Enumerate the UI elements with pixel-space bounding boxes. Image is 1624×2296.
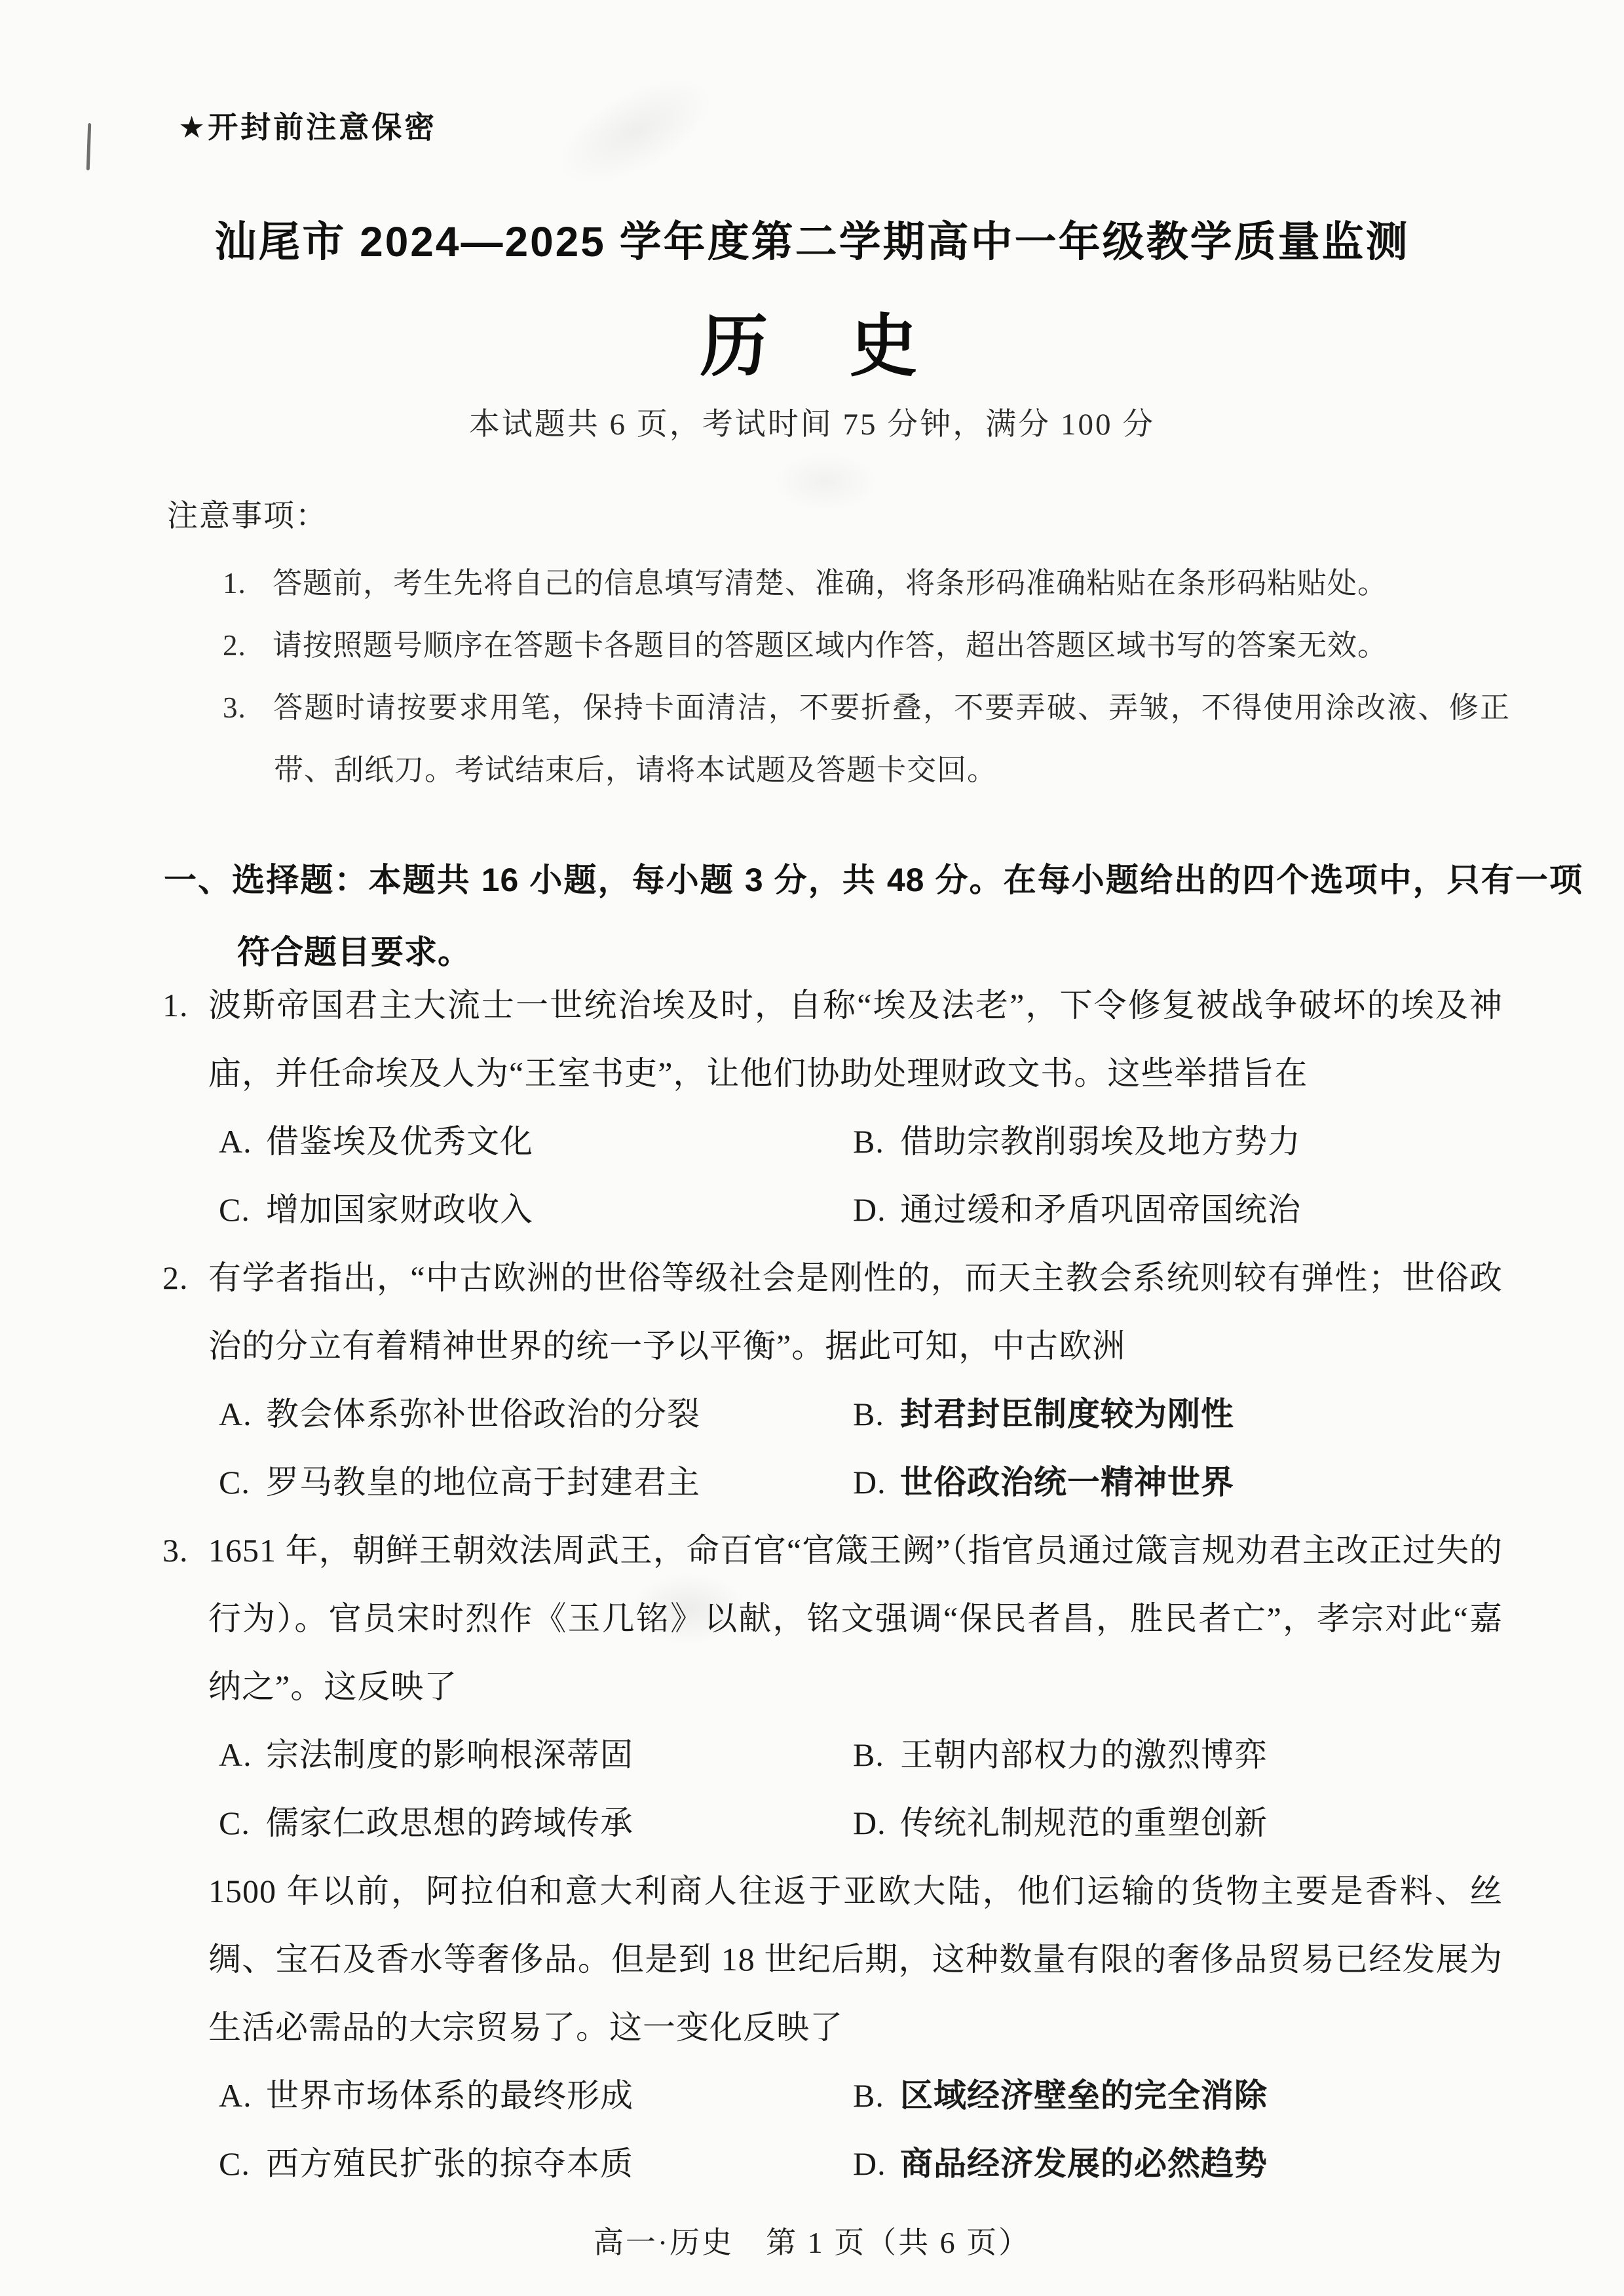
- option-letter: B.: [853, 1107, 900, 1176]
- option-text: 通过缓和矛盾巩固帝国统治: [900, 1176, 1301, 1244]
- option-b: B.区域经济壁垒的完全消除: [853, 2061, 1503, 2130]
- option-text: 借鉴埃及优秀文化: [266, 1107, 533, 1176]
- option-a: A.宗法制度的影响根深蒂固: [219, 1721, 853, 1789]
- option-letter: D.: [853, 1789, 900, 1857]
- note-item: 2.请按照题号顺序在答题卡各题目的答题区域内作答，超出答题区域书写的答案无效。: [223, 615, 1510, 677]
- option-d: D.世俗政治统一精神世界: [853, 1448, 1503, 1516]
- options-row: A.世界市场体系的最终形成 B.区域经济壁垒的完全消除: [162, 2061, 1503, 2130]
- question-stem: 3.1651 年，朝鲜王朝效法周武王，命百官“官箴王阙”（指官员通过箴言规劝君主…: [162, 1516, 1503, 1721]
- option-text: 儒家仁政思想的跨域传承: [266, 1789, 633, 1857]
- option-letter: B.: [853, 2061, 900, 2130]
- option-text: 罗马教皇的地位高于封建君主: [266, 1448, 700, 1516]
- options-row: C.增加国家财政收入 D.通过缓和矛盾巩固帝国统治: [162, 1176, 1503, 1244]
- options-row: C.儒家仁政思想的跨域传承 D.传统礼制规范的重塑创新: [162, 1789, 1503, 1857]
- option-text: 西方殖民扩张的掠夺本质: [266, 2130, 633, 2198]
- option-text: 封君封臣制度较为刚性: [900, 1380, 1234, 1448]
- subject-title: 历 史: [0, 291, 1624, 389]
- option-text: 王朝内部权力的激烈博弈: [900, 1721, 1268, 1789]
- options-row: C.罗马教皇的地位高于封建君主 D.世俗政治统一精神世界: [162, 1448, 1503, 1516]
- question-2: 2.有学者指出，“中古欧洲的世俗等级社会是刚性的，而天主教会系统则较有弹性；世俗…: [162, 1244, 1503, 1516]
- note-number: 3.: [223, 677, 273, 739]
- question-stem-text: 1651 年，朝鲜王朝效法周武王，命百官“官箴王阙”（指官员通过箴言规劝君主改正…: [208, 1532, 1503, 1705]
- question-number: 3.: [162, 1516, 189, 1584]
- option-text: 世俗政治统一精神世界: [900, 1448, 1234, 1516]
- option-d: D.传统礼制规范的重塑创新: [853, 1789, 1503, 1857]
- exam-info-line: 本试题共 6 页，考试时间 75 分钟，满分 100 分: [0, 400, 1624, 444]
- option-text: 增加国家财政收入: [266, 1176, 533, 1244]
- secrecy-notice: ★开封前注意保密: [178, 104, 437, 147]
- note-number: 1.: [223, 552, 273, 615]
- note-text: 答题时请按要求用笔，保持卡面清洁，不要折叠，不要弄破、弄皱，不得使用涂改液、修正…: [273, 691, 1510, 786]
- option-d: D.商品经济发展的必然趋势: [853, 2130, 1503, 2198]
- option-letter: D.: [853, 1448, 900, 1516]
- note-text: 答题前，考生先将自己的信息填写清楚、准确，将条形码准确粘贴在条形码粘贴处。: [273, 567, 1388, 600]
- option-letter: B.: [853, 1380, 900, 1448]
- question-stem-text: 1500 年以前，阿拉伯和意大利商人往返于亚欧大陆，他们运输的货物主要是香料、丝…: [208, 1873, 1503, 2046]
- option-text: 教会体系弥补世俗政治的分裂: [266, 1380, 700, 1448]
- option-text: 传统礼制规范的重塑创新: [900, 1789, 1268, 1857]
- scan-smudge: [773, 452, 878, 511]
- question-number: 2.: [162, 1244, 189, 1312]
- option-letter: C.: [219, 1176, 266, 1244]
- option-text: 商品经济发展的必然趋势: [900, 2130, 1268, 2198]
- option-letter: C.: [219, 2130, 266, 2198]
- option-letter: D.: [853, 2130, 900, 2198]
- questions-list: 1.波斯帝国君主大流士一世统治埃及时，自称“埃及法老”，下令修复被战争破坏的埃及…: [162, 971, 1503, 2198]
- question-stem: 1.波斯帝国君主大流士一世统治埃及时，自称“埃及法老”，下令修复被战争破坏的埃及…: [162, 971, 1503, 1107]
- option-a: A.世界市场体系的最终形成: [219, 2061, 853, 2130]
- question-stem: 2.有学者指出，“中古欧洲的世俗等级社会是刚性的，而天主教会系统则较有弹性；世俗…: [162, 1244, 1503, 1380]
- options-row: C.西方殖民扩张的掠夺本质 D.商品经济发展的必然趋势: [162, 2130, 1503, 2198]
- scan-smudge: [542, 56, 729, 206]
- option-a: A.教会体系弥补世俗政治的分裂: [219, 1380, 853, 1448]
- exam-title: 汕尾市 2024—2025 学年度第二学期高中一年级教学质量监测: [0, 208, 1624, 269]
- option-d: D.通过缓和矛盾巩固帝国统治: [853, 1176, 1503, 1244]
- note-text: 请按照题号顺序在答题卡各题目的答题区域内作答，超出答题区域书写的答案无效。: [273, 629, 1388, 662]
- option-text: 宗法制度的影响根深蒂固: [266, 1721, 633, 1789]
- options-row: A.宗法制度的影响根深蒂固 B.王朝内部权力的激烈博弈: [162, 1721, 1503, 1789]
- option-text: 区域经济壁垒的完全消除: [900, 2061, 1268, 2130]
- option-b: B.借助宗教削弱埃及地方势力: [853, 1107, 1503, 1176]
- option-letter: B.: [853, 1721, 900, 1789]
- option-c: C.增加国家财政收入: [219, 1176, 853, 1244]
- option-letter: C.: [219, 1789, 266, 1857]
- option-c: C.儒家仁政思想的跨域传承: [219, 1789, 853, 1857]
- question-1: 1.波斯帝国君主大流士一世统治埃及时，自称“埃及法老”，下令修复被战争破坏的埃及…: [162, 971, 1503, 1244]
- option-letter: A.: [219, 2061, 266, 2130]
- section-heading-multiple-choice: 一、选择题：本题共 16 小题，每小题 3 分，共 48 分。在每小题给出的四个…: [164, 844, 1583, 988]
- question-stem-text: 有学者指出，“中古欧洲的世俗等级社会是刚性的，而天主教会系统则较有弹性；世俗政治…: [208, 1259, 1503, 1364]
- option-c: C.罗马教皇的地位高于封建君主: [219, 1448, 853, 1516]
- option-letter: D.: [853, 1176, 900, 1244]
- options-row: A.教会体系弥补世俗政治的分裂 B.封君封臣制度较为刚性: [162, 1380, 1503, 1448]
- question-stem: 1500 年以前，阿拉伯和意大利商人往返于亚欧大陆，他们运输的货物主要是香料、丝…: [162, 1857, 1503, 2061]
- page-footer: 高一·历史 第 1 页（共 6 页）: [0, 2219, 1624, 2262]
- note-item: 3.答题时请按要求用笔，保持卡面清洁，不要折叠，不要弄破、弄皱，不得使用涂改液、…: [223, 677, 1510, 801]
- note-number: 2.: [223, 615, 273, 677]
- option-text: 世界市场体系的最终形成: [266, 2061, 633, 2130]
- question-4: 1500 年以前，阿拉伯和意大利商人往返于亚欧大陆，他们运输的货物主要是香料、丝…: [162, 1857, 1503, 2198]
- option-text: 借助宗教削弱埃及地方势力: [900, 1107, 1301, 1176]
- notes-heading: 注意事项：: [167, 491, 328, 535]
- exam-paper-page: ★开封前注意保密 汕尾市 2024—2025 学年度第二学期高中一年级教学质量监…: [0, 0, 1624, 2296]
- option-letter: A.: [219, 1107, 266, 1176]
- note-item: 1.答题前，考生先将自己的信息填写清楚、准确，将条形码准确粘贴在条形码粘贴处。: [223, 552, 1510, 615]
- question-number: 1.: [162, 971, 189, 1039]
- notes-list: 1.答题前，考生先将自己的信息填写清楚、准确，将条形码准确粘贴在条形码粘贴处。 …: [223, 552, 1510, 801]
- option-letter: C.: [219, 1448, 266, 1516]
- option-letter: A.: [219, 1380, 266, 1448]
- options-row: A.借鉴埃及优秀文化 B.借助宗教削弱埃及地方势力: [162, 1107, 1503, 1176]
- option-b: B.封君封臣制度较为刚性: [853, 1380, 1503, 1448]
- option-letter: A.: [219, 1721, 266, 1789]
- question-3: 3.1651 年，朝鲜王朝效法周武王，命百官“官箴王阙”（指官员通过箴言规劝君主…: [162, 1516, 1503, 1857]
- option-c: C.西方殖民扩张的掠夺本质: [219, 2130, 853, 2198]
- option-b: B.王朝内部权力的激烈博弈: [853, 1721, 1503, 1789]
- scan-edge-mark: [86, 123, 92, 170]
- question-stem-text: 波斯帝国君主大流士一世统治埃及时，自称“埃及法老”，下令修复被战争破坏的埃及神庙…: [208, 987, 1503, 1092]
- option-a: A.借鉴埃及优秀文化: [219, 1107, 853, 1176]
